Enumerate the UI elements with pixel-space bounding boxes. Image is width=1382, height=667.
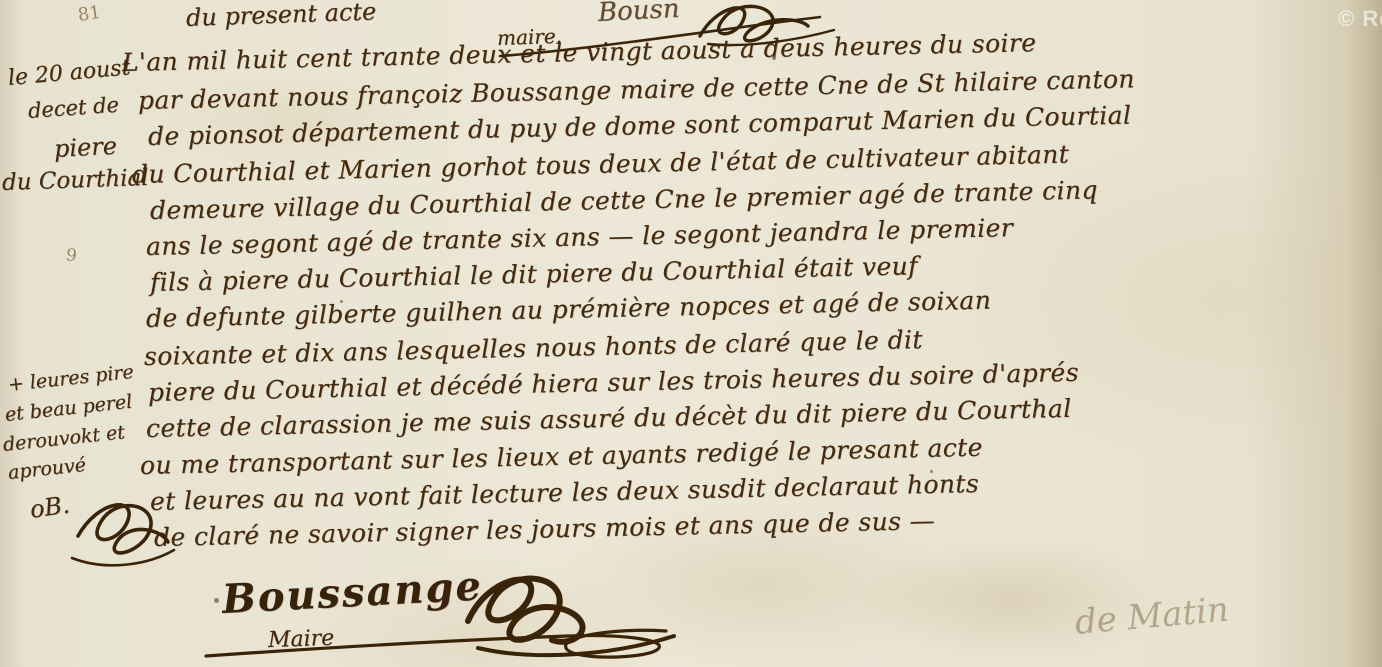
manuscript-page: © Rep 81 9 du present acte Bousn maire. … <box>0 0 1382 667</box>
margin-approval-line: + leures pire <box>7 361 135 396</box>
margin-date-line: decet de <box>27 93 119 123</box>
margin-approval-line: derouvokt et <box>2 421 126 456</box>
mayor-signature: Boussange <box>221 562 484 623</box>
margin-date-line: le 20 aoust <box>7 55 131 91</box>
ink-speck <box>214 598 219 603</box>
margin-paraph <box>58 486 178 576</box>
pencil-mark: 9 <box>65 245 79 266</box>
ink-speck <box>340 300 343 303</box>
ink-speck <box>930 470 933 473</box>
margin-approval-line: et beau perel <box>4 391 133 426</box>
ink-speck <box>772 56 776 60</box>
bleedthrough-text: de Matin <box>1073 590 1230 643</box>
signature-underline-flourish <box>200 616 680 666</box>
margin-date-line: du Courthial <box>2 165 149 196</box>
margin-date-line: piere <box>53 132 117 163</box>
archive-watermark: © Rep <box>1338 6 1382 32</box>
margin-approval-line: aprouvé <box>7 454 87 484</box>
previous-act-closing: du present acte <box>186 0 377 32</box>
page-number: 81 <box>77 2 103 26</box>
